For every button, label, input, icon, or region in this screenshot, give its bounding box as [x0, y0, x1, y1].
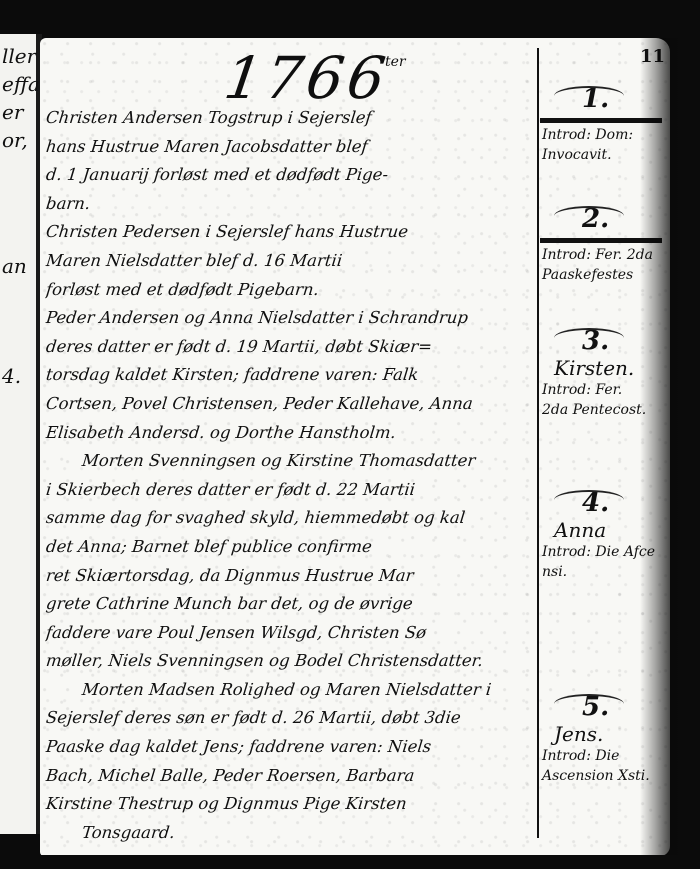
text-line: d. 1 Januarij forløst med et dødfødt Pig…	[44, 161, 537, 190]
text-line: Morten Madsen Rolighed og Maren Nielsdat…	[44, 676, 537, 705]
text-line: Kirstine Thestrup og Dignmus Pige Kirste…	[44, 790, 537, 819]
text-line: grete Cathrine Munch bar det, og de øvri…	[44, 590, 537, 619]
left-page-fragment: an	[2, 254, 27, 278]
year-heading-suffix: ter	[385, 54, 406, 70]
text-line: Elisabeth Andersd. og Dorthe Hanstholm.	[44, 419, 537, 448]
text-line: faddere vare Poul Jensen Wilsgd, Christe…	[44, 619, 537, 648]
text-line: samme dag for svaghed skyld, hiemmedøbt …	[44, 504, 537, 533]
text-line: barn.	[44, 190, 537, 219]
text-line: Morten Svenningsen og Kirstine Thomasdat…	[44, 447, 537, 476]
text-line: ret Skiærtorsdag, da Dignmus Hustrue Mar	[44, 562, 537, 591]
text-line: Bach, Michel Balle, Peder Roersen, Barba…	[44, 762, 537, 791]
text-line: Christen Pedersen i Sejerslef hans Hustr…	[44, 218, 537, 247]
text-line: Paaske dag kaldet Jens; faddrene varen: …	[44, 733, 537, 762]
margin-column-rule	[537, 48, 539, 838]
left-page-fragment: 4.	[2, 364, 21, 388]
year-heading: 1766	[220, 44, 393, 112]
text-line: torsdag kaldet Kirsten; faddrene varen: …	[44, 361, 537, 390]
text-line: deres datter er født d. 19 Martii, døbt …	[44, 333, 537, 362]
register-page: 1766 ter 11 Christen Andersen Togstrup i…	[40, 38, 670, 856]
left-page-fragment: or,	[2, 128, 28, 152]
text-line: i Skierbech deres datter er født d. 22 M…	[44, 476, 537, 505]
text-line: Christen Andersen Togstrup i Sejerslef	[44, 104, 537, 133]
text-line: det Anna; Barnet blef publice confirme	[44, 533, 537, 562]
register-scan: ller effa er or, an 4. 1766 ter 11 Chris…	[0, 0, 700, 869]
left-page-fragment: ller	[2, 44, 36, 68]
left-page-fragment: effa	[2, 72, 40, 96]
register-body: Christen Andersen Togstrup i Sejerslef h…	[46, 104, 536, 847]
text-line: Peder Andersen og Anna Nielsdatter i Sch…	[44, 304, 537, 333]
text-line: Maren Nielsdatter blef d. 16 Martii	[44, 247, 537, 276]
text-line: hans Hustrue Maren Jacobsdatter blef	[44, 133, 537, 162]
left-page-fragment: er	[2, 100, 23, 124]
text-line: Cortsen, Povel Christensen, Peder Kalleh…	[44, 390, 537, 419]
text-line: Sejerslef deres søn er født d. 26 Martii…	[44, 704, 537, 733]
text-line: forløst med et dødfødt Pigebarn.	[44, 276, 537, 305]
left-page-edge: ller effa er or, an 4.	[0, 34, 42, 834]
text-line: Tonsgaard.	[44, 819, 537, 848]
text-line: møller, Niels Svenningsen og Bodel Chris…	[44, 647, 537, 676]
page-edge-shadow	[640, 38, 680, 856]
bottom-scan-edge	[0, 855, 700, 869]
